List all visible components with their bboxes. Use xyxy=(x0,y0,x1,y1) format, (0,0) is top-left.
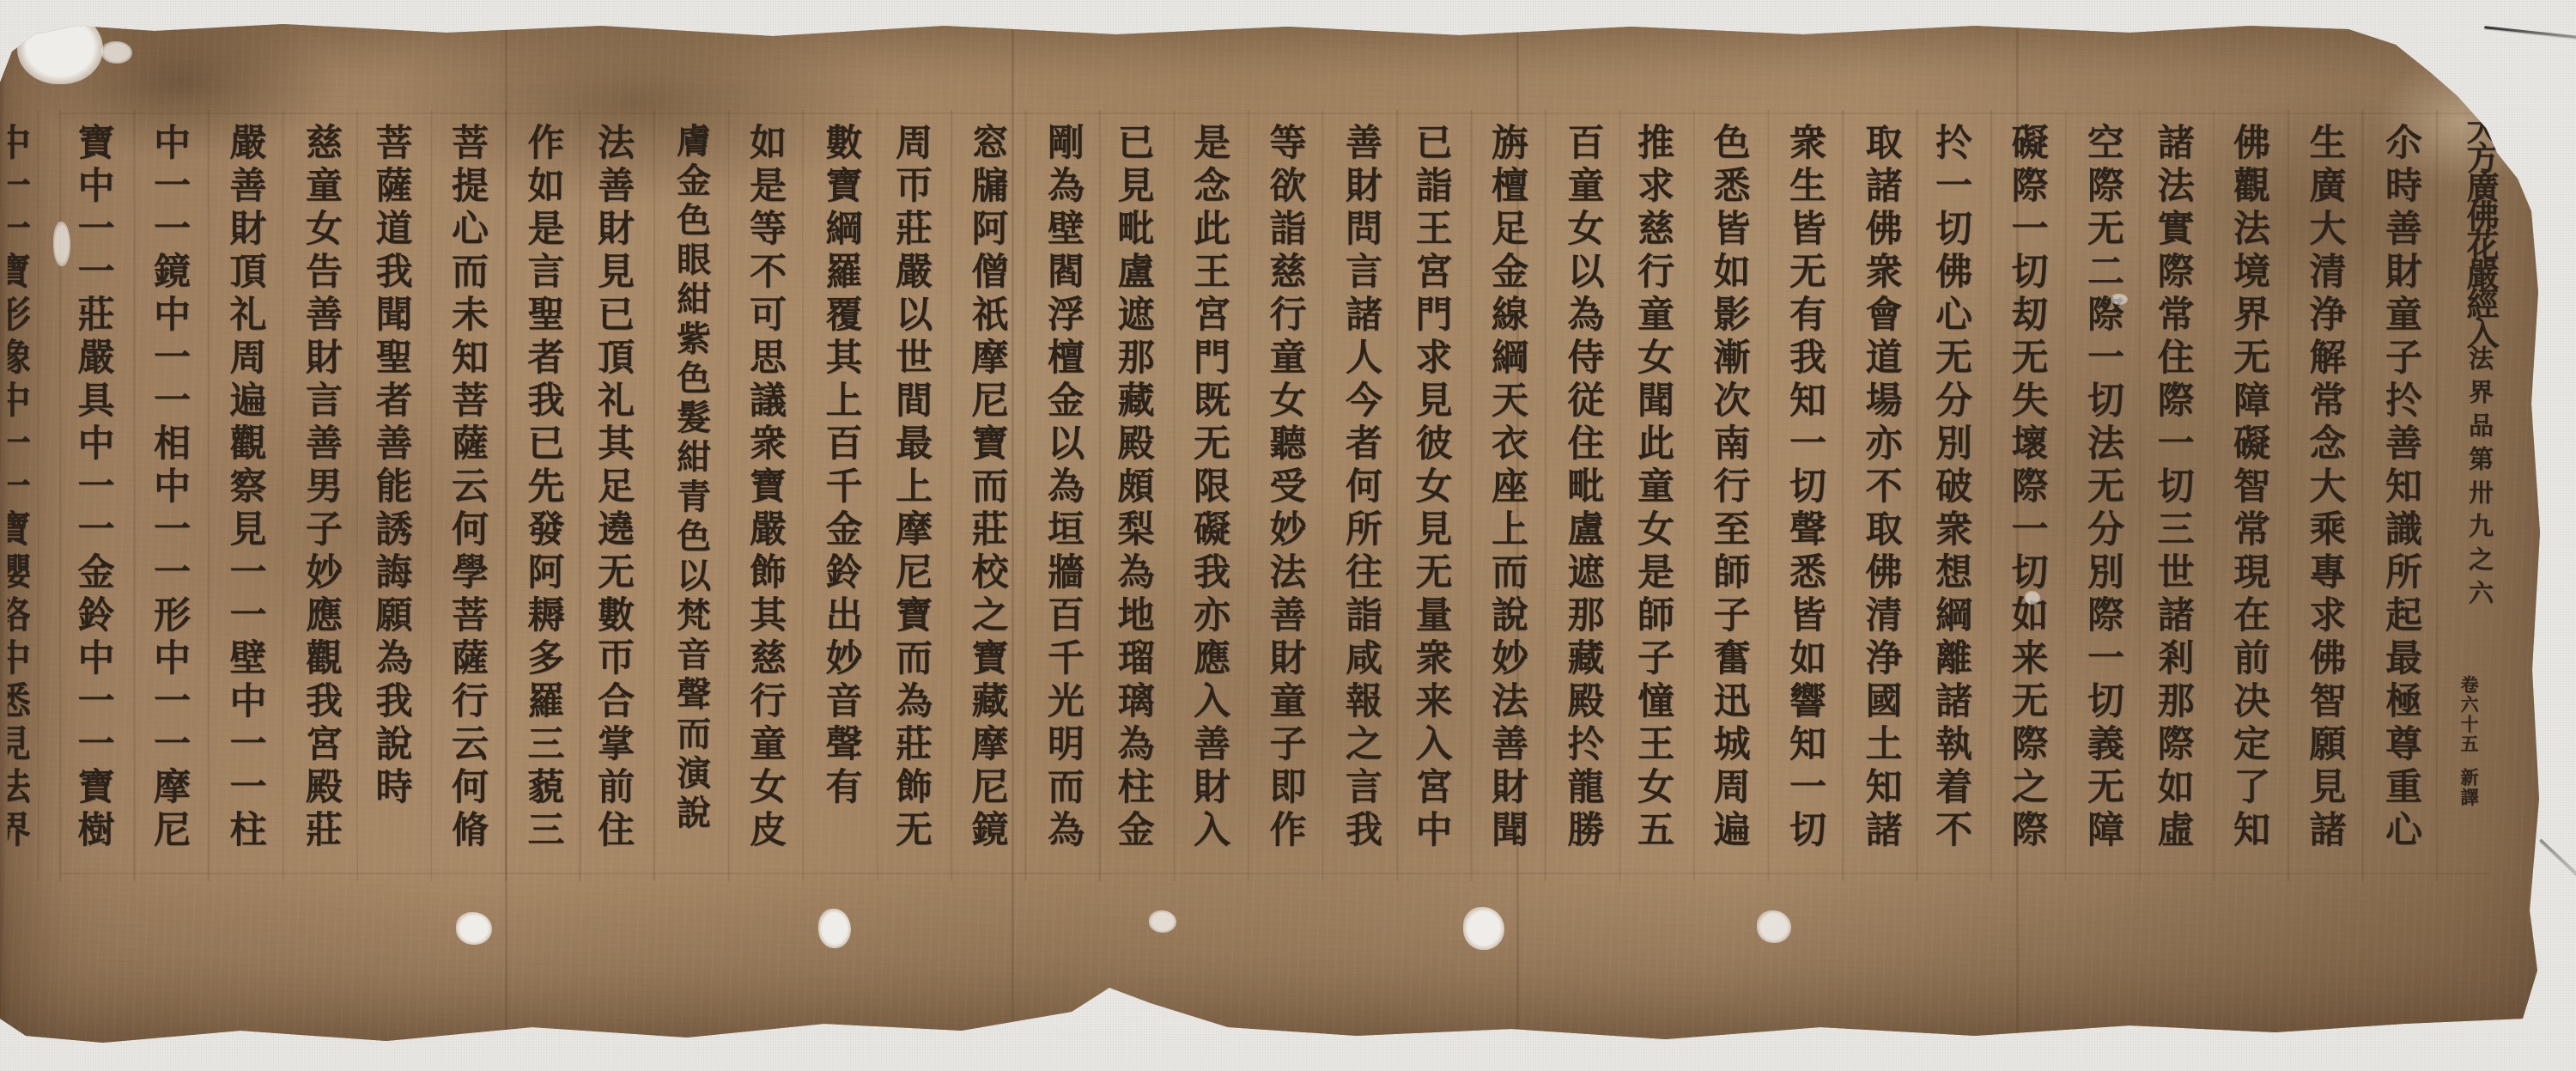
text-column: 法善財見已頂礼其足遶无數帀合掌前住 xyxy=(592,123,634,853)
text-column: 等欲詣慈行童女聽受妙法善財童子即作 xyxy=(1264,123,1305,853)
text-column: 剛為壁閻浮檀金以為垣牆百千光明而為 xyxy=(1042,123,1084,853)
text-column: 窓牖阿僧祇摩尼寶而莊校之寶藏摩尼鏡 xyxy=(966,123,1007,853)
text-column: 已詣王宮門求見彼女見无量衆来入宮中 xyxy=(1410,123,1451,853)
damage-patch xyxy=(1149,910,1176,933)
manuscript-photo: 大方廣佛花嚴經入法界品第卅九之六 卷六十五 新譯 尒時善財童子扵善知識所起最極尊… xyxy=(0,0,2576,1071)
damage-patch xyxy=(101,41,132,64)
sheet-seam xyxy=(1012,29,1014,1037)
sutra-title-column: 大方廣佛花嚴經入法界品第卅九之六 xyxy=(2461,112,2499,613)
text-column: 色悉皆如影漸次南行至師子奮迅城周遍 xyxy=(1708,123,1749,853)
damage-patch xyxy=(53,222,70,266)
text-column: 如是等不可思議衆寶嚴飾其慈行童女皮 xyxy=(744,123,786,853)
text-column: 寶中一一莊嚴具中一一金鈴中一一寶樹 xyxy=(72,123,113,853)
text-column: 尒時善財童子扵善知識所起最極尊重心 xyxy=(2380,123,2421,853)
text-column: 嚴善財頂礼周遍觀察見一一壁中一一柱 xyxy=(224,123,265,853)
damage-patch xyxy=(456,912,492,945)
text-column: 礙際一切刧无失壞際一切如来无際之際 xyxy=(2006,123,2047,853)
text-column: 諸法實際常住際一切三世諸剎那際如虛 xyxy=(2152,123,2193,853)
text-column: 慈童女告善財言善男子妙應觀我宮殿莊 xyxy=(301,123,342,853)
text-column: 百童女以為侍従住毗盧遮那藏殿扵龍勝 xyxy=(1562,123,1603,853)
text-column: 菩提心而未知菩薩云何學菩薩行云何脩 xyxy=(447,123,488,853)
text-column: 空際无二際一切法无分別際一切義无障 xyxy=(2082,123,2123,853)
text-column: 推求慈行童女聞此童女是師子憧王女五 xyxy=(1632,123,1674,853)
damage-patch xyxy=(818,909,851,948)
text-column: 中一一鏡中一一相中一一形中一一摩尼 xyxy=(149,123,190,853)
text-column: 扵一切佛心无分別破衆想綱離諸執着不 xyxy=(1930,123,1971,853)
text-column: 善財問言諸人今者何所往詣咸報之言我 xyxy=(1340,123,1382,853)
text-column: 菩薩道我聞聖者善能誘誨願為我說時 xyxy=(370,123,411,810)
volume-annotation: 卷六十五 xyxy=(2458,675,2480,754)
damage-patch xyxy=(2111,294,2128,305)
text-column: 旃檀足金線綱天衣座上而說妙法善財聞 xyxy=(1486,123,1528,853)
sheet-seam xyxy=(505,29,507,1037)
text-column: 取諸佛衆會道場亦不取佛清浄國土知諸 xyxy=(1860,123,1901,853)
manuscript-scroll-paper: 大方廣佛花嚴經入法界品第卅九之六 卷六十五 新譯 尒時善財童子扵善知識所起最極尊… xyxy=(0,0,2576,1071)
top-rule-line xyxy=(60,113,2490,114)
damage-patch xyxy=(1463,907,1504,950)
text-column: 中一一寶形像中一一寶瓔珞中悉見法界 xyxy=(0,123,30,853)
text-column: 作如是言聖者我已先發阿耨多羅三藐三 xyxy=(522,123,563,853)
bottom-rule-line xyxy=(60,873,2490,874)
text-column: 已見毗盧遮那藏殿頗梨為地瑠璃為柱金 xyxy=(1112,123,1153,853)
damage-patch xyxy=(2025,591,2040,605)
text-column: 數寶綱羅覆其上百千金鈴出妙音聲有 xyxy=(820,123,861,810)
text-column: 膚金色眼紺紫色髮紺青色以梵音聲而演說 xyxy=(671,123,710,834)
damage-patch xyxy=(1757,910,1791,943)
sutra-title-large: 大方廣佛花嚴經入 xyxy=(2461,112,2500,345)
text-column: 生廣大清浄解常念大乘專求佛智願見諸 xyxy=(2304,123,2345,853)
text-column: 周帀莊嚴以世間最上摩尼寶而為莊飾无 xyxy=(890,123,932,853)
text-column: 是念此王宮門既无限礙我亦應入善財入 xyxy=(1188,123,1230,853)
sutra-title-small: 法界品第卅九之六 xyxy=(2465,345,2494,613)
translation-note: 新譯 xyxy=(2458,768,2480,807)
text-column: 佛觀法境界无障礙智常現在前决定了知 xyxy=(2228,123,2269,853)
text-column: 衆生皆无有我知一切聲悉皆如響知一切 xyxy=(1784,123,1826,853)
